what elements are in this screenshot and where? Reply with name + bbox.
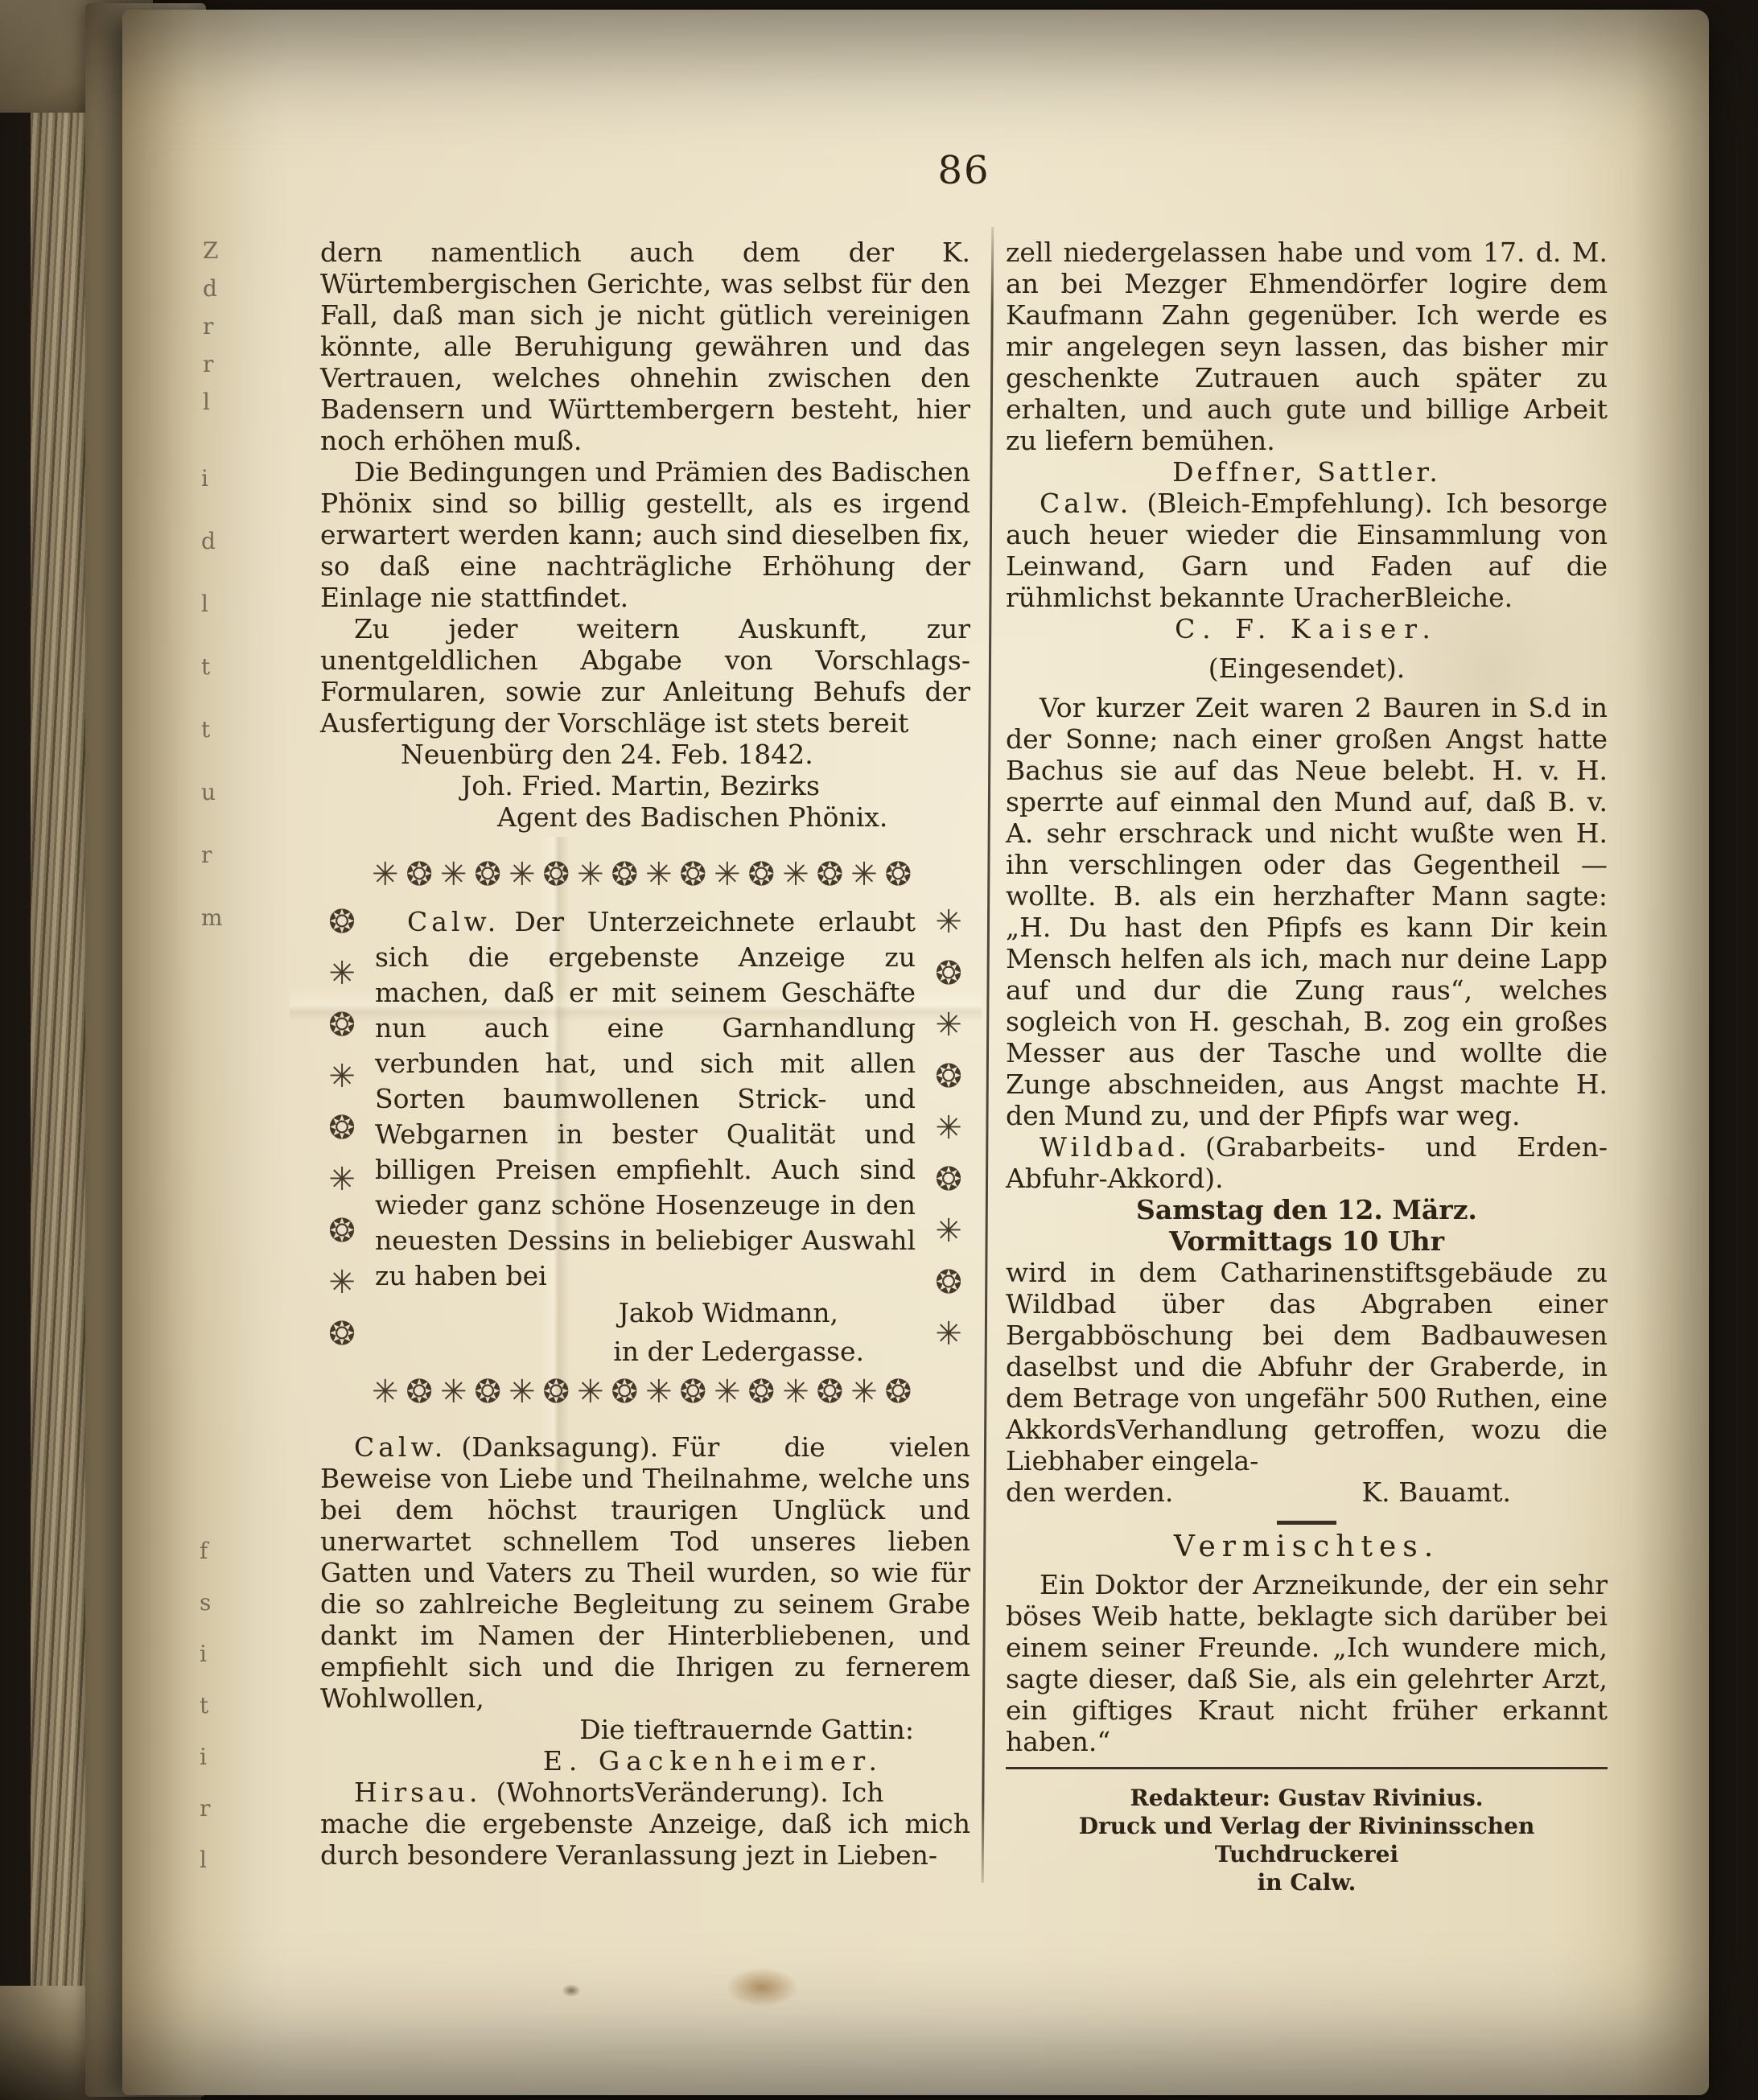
doctor-anecdote-paragraph: Ein Doktor der Arzneikunde, der ein sehr… — [1006, 1569, 1608, 1757]
eingesendet-heading: (Eingesendet). — [1006, 653, 1608, 684]
left-column: dern namentlich auch dem der K. Würtembe… — [320, 225, 970, 1871]
dateline: Neuenbürg den 24. Feb. 1842. — [320, 739, 970, 770]
garn-ad-body: Der Unterzeichnete erlaubt sich die erge… — [375, 906, 916, 1291]
bleich-tag: (Bleich-Empfehlung). — [1147, 488, 1433, 519]
anecdote-paragraph: Vor kurzer Zeit waren 2 Bauren in S.d in… — [1006, 692, 1608, 1131]
wildbad-heading-paragraph: Wildbad.(Grabarbeits- und Erden-Abfuhr-A… — [1006, 1131, 1608, 1194]
ornament-border-top: ✳❂✳❂✳❂✳❂✳❂✳❂✳❂✳❂ — [320, 854, 970, 896]
scanned-book-photo: Z d r r l i d l t t u r m f s i t i r l … — [0, 0, 1758, 2100]
ornament-ad-box-middle: ❂ ✳ ❂ ✳ ❂ ✳ ❂ ✳ ❂ Calw.Der Unterzeichnet… — [320, 896, 970, 1371]
wildbad-lead: Wildbad. — [1040, 1131, 1191, 1163]
footer-ort: in Calw. — [1006, 1868, 1608, 1896]
kaiser-signature: C. F. Kaiser. — [1006, 613, 1608, 644]
garn-ad-lead: Calw. — [407, 906, 500, 937]
ornament-border-right: ✳ ❂ ✳ ❂ ✳ ❂ ✳ ❂ ✳ — [927, 896, 970, 1371]
danksagung-tag: (Danksagung). — [461, 1431, 658, 1463]
garn-ad-address: in der Ledergasse. — [364, 1332, 927, 1371]
termin-time-line: Vormittags 10 Uhr — [1006, 1225, 1608, 1257]
ornament-border-bottom: ✳❂✳❂✳❂✳❂✳❂✳❂✳❂✳❂ — [320, 1371, 970, 1414]
danksagung-paragraph: Calw.(Danksagung).Für die vielen Beweise… — [320, 1431, 970, 1714]
danksagung-closing: Die tieftrauernde Gattin: — [320, 1714, 970, 1745]
hirsau-tag: (WohnortsVeränderung). — [496, 1777, 828, 1808]
akkord-end-text: den werden. — [1006, 1476, 1173, 1508]
footer-redakteur: Redakteur: Gustav Rivinius. — [1006, 1784, 1608, 1812]
vermischtes-heading: Vermischtes. — [1006, 1531, 1608, 1563]
ink-speck — [562, 1984, 581, 1997]
ornament-ad-box: ✳❂✳❂✳❂✳❂✳❂✳❂✳❂✳❂ ❂ ✳ ❂ ✳ ❂ ✳ ❂ ✳ ❂ Calw.… — [320, 854, 970, 1414]
footer-rule — [1006, 1767, 1608, 1769]
danksagung-body: Für die vielen Beweise von Liebe und The… — [320, 1431, 970, 1714]
bleich-lead: Calw. — [1040, 488, 1132, 519]
garn-ad-signature: Jakob Widmann, — [364, 1294, 927, 1332]
ornament-border-left: ❂ ✳ ❂ ✳ ❂ ✳ ❂ ✳ ❂ — [320, 896, 364, 1371]
section-divider-rule — [1277, 1521, 1336, 1525]
akkord-last-line: den werden. K. Bauamt. — [1006, 1476, 1608, 1508]
akkord-paragraph: wird in dem Catharinenstiftsgebäude zu W… — [1006, 1257, 1608, 1476]
phoenix-contact-paragraph: Zu jeder weitern Auskunft, zur unentgeld… — [320, 613, 970, 739]
imprint-footer: Redakteur: Gustav Rivinius. Druck und Ve… — [1006, 1784, 1608, 1896]
hirsau-lead: Hirsau. — [354, 1777, 481, 1808]
agent-signature-name: Joh. Fried. Martin, Bezirks — [320, 770, 970, 801]
footer-druck: Druck und Verlag der Rivininsschen Tuchd… — [1006, 1812, 1608, 1868]
garn-ad-paragraph: Calw.Der Unterzeichnete erlaubt sich die… — [364, 896, 927, 1294]
danksagung-lead: Calw. — [354, 1431, 447, 1463]
relocation-continuation-paragraph: zell niedergelassen habe und vom 17. d. … — [1006, 225, 1608, 456]
hirsau-paragraph: Hirsau.(WohnortsVeränderung).Ich mache d… — [320, 1777, 970, 1871]
garn-ad-content: Calw.Der Unterzeichnete erlaubt sich die… — [364, 896, 927, 1371]
margin-fragment: i d l t t u r m — [201, 447, 238, 978]
page-number: 86 — [320, 148, 1608, 193]
deffner-signature: Deffner, Sattler. — [1006, 456, 1608, 488]
brown-stain — [727, 1968, 797, 2007]
termin-date-line: Samstag den 12. März. — [1006, 1194, 1608, 1225]
right-column: zell niedergelassen habe und vom 17. d. … — [1006, 225, 1608, 1896]
continuation-paragraph: dern namentlich auch dem der K. Würtembe… — [320, 225, 970, 456]
margin-fragment: f s i t i r l — [200, 1526, 237, 1904]
page-right-edge-shade — [1633, 10, 1709, 2095]
agent-signature-role: Agent des Badischen Phönix. — [320, 801, 970, 833]
danksagung-name: E. Gackenheimer. — [320, 1745, 970, 1777]
bleich-paragraph: Calw.(Bleich-Empfehlung).Ich besorge auc… — [1006, 488, 1608, 613]
bauamt-signature: K. Bauamt. — [1361, 1476, 1511, 1508]
phoenix-terms-paragraph: Die Bedingungen und Prämien des Badische… — [320, 456, 970, 613]
